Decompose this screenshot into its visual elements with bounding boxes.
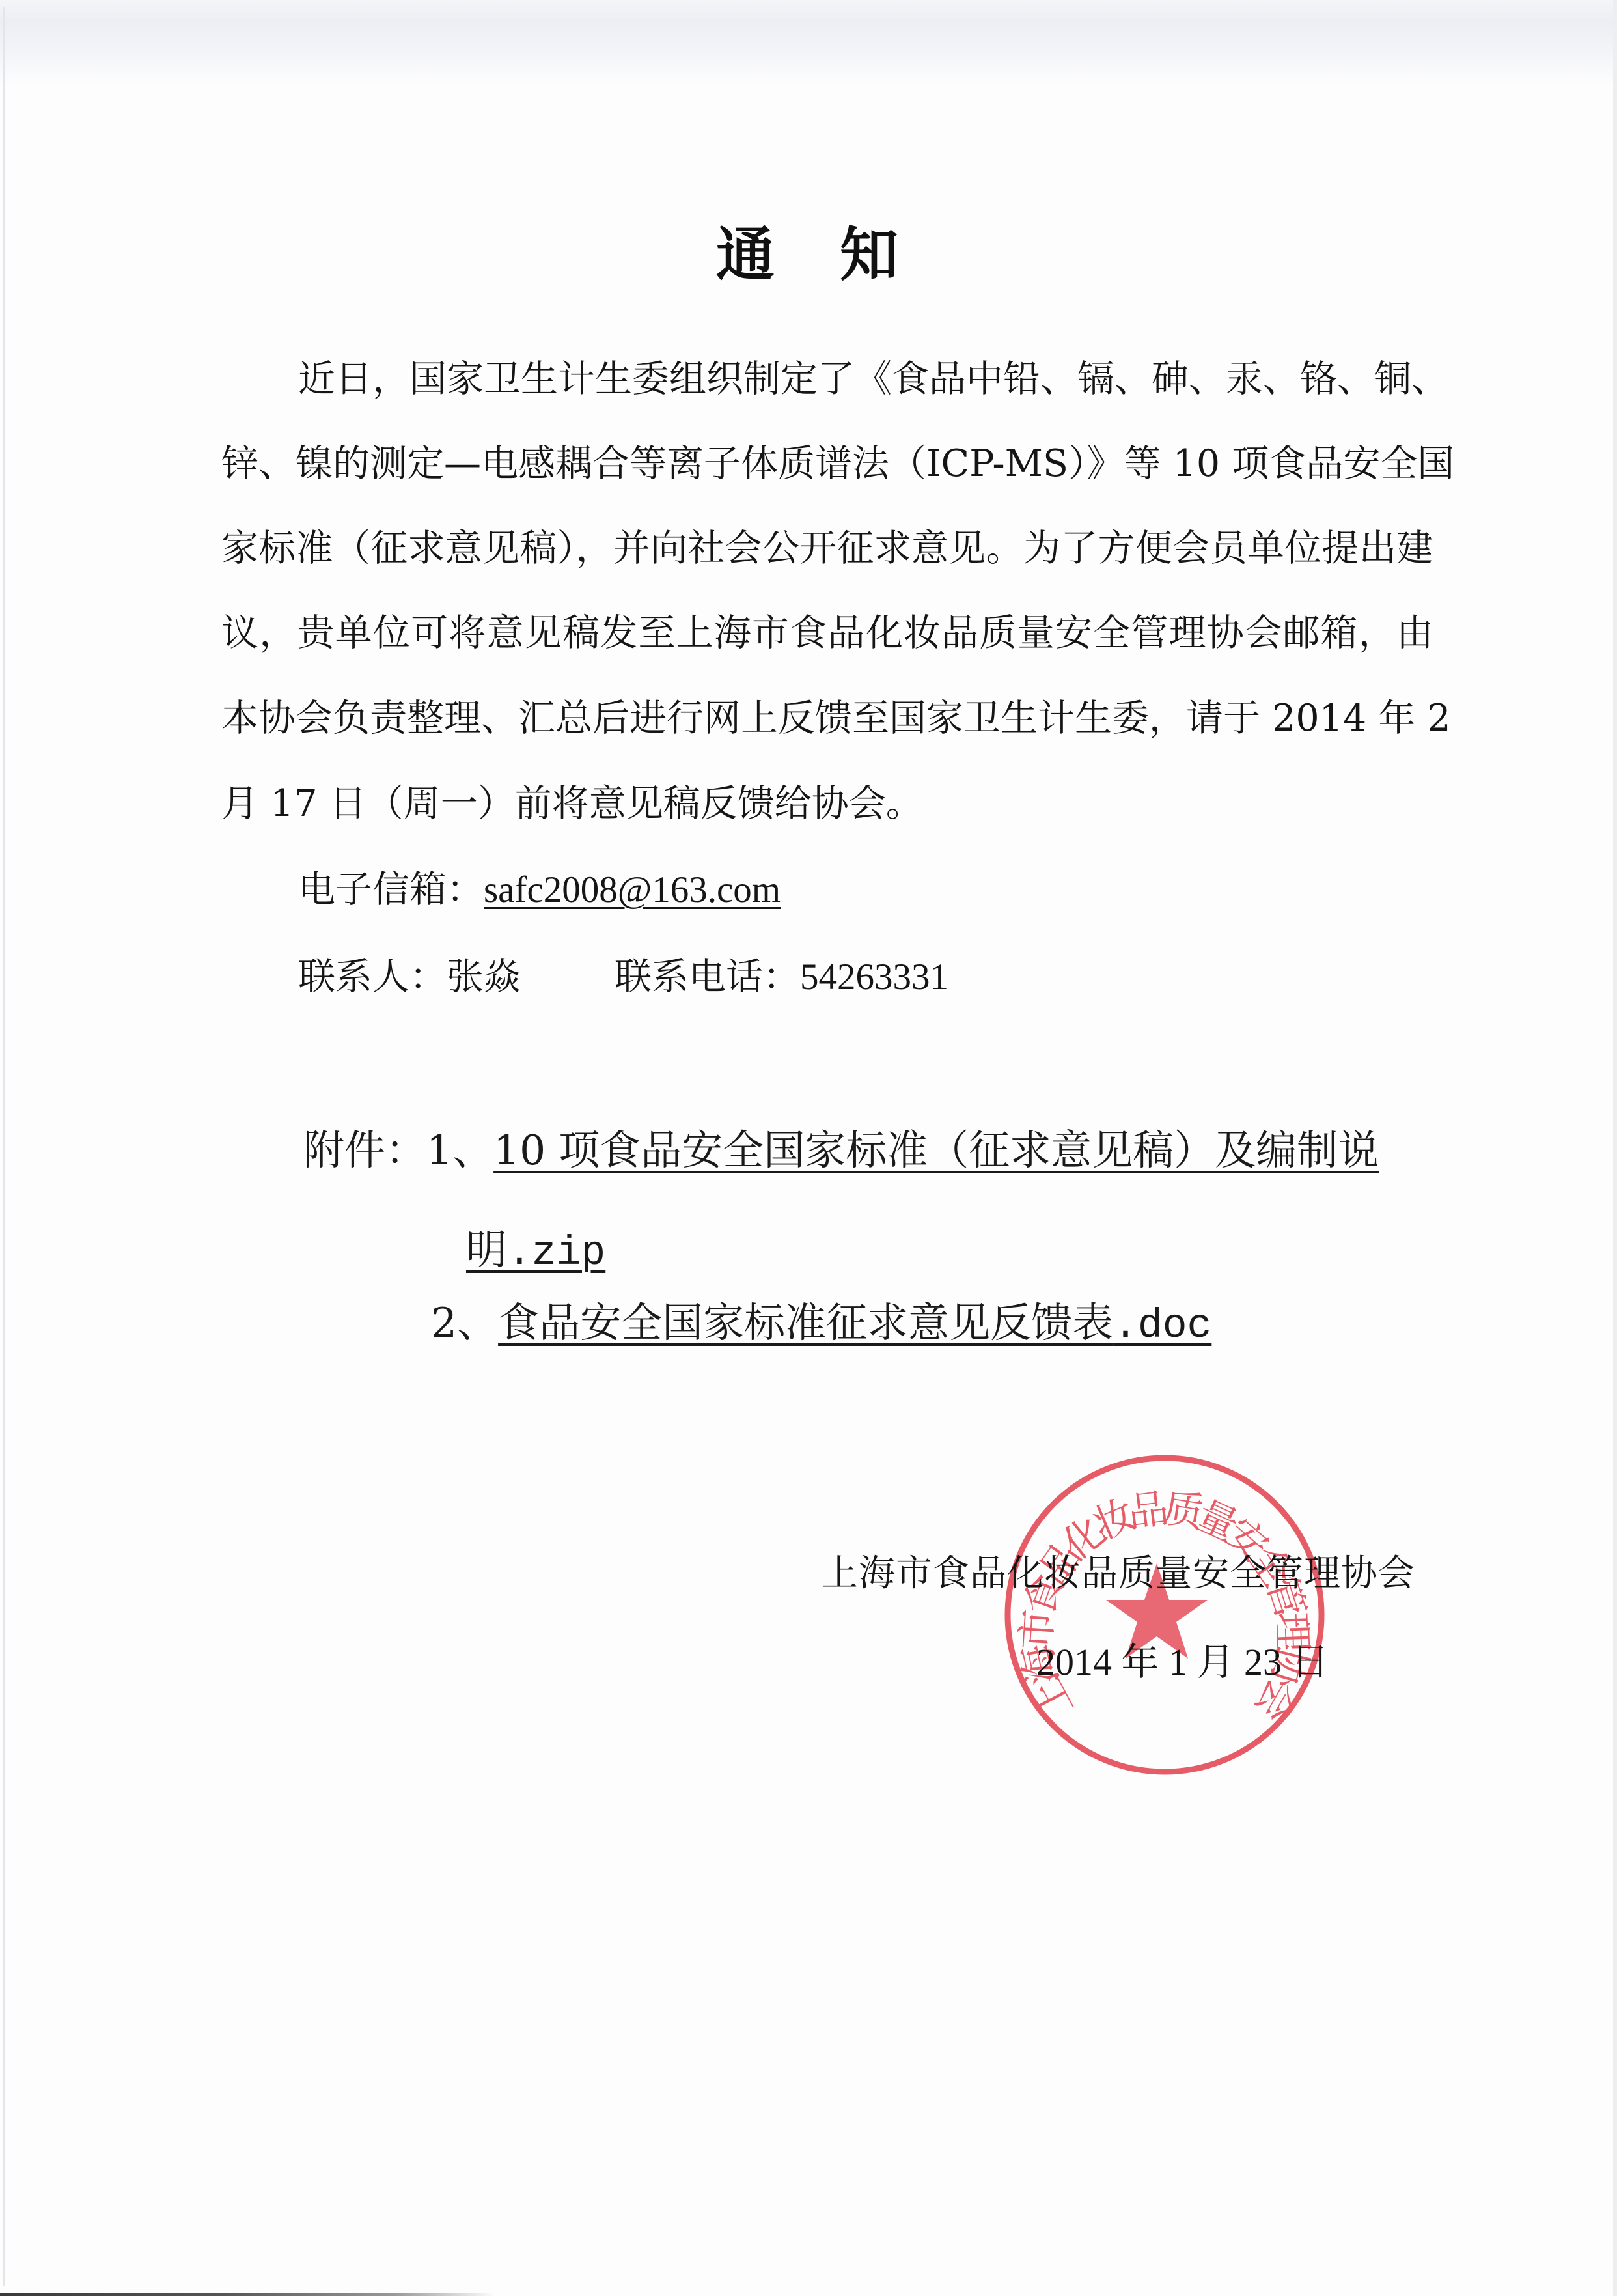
contact-phone-row: 联系电话：54263331 — [615, 957, 948, 997]
official-seal: 上海市食品化妆品质量安全管理协会 — [1004, 1454, 1325, 1776]
signature-organization: 上海市食品化妆品质量安全管理协会 — [822, 1554, 1415, 1593]
contact-person-row: 联系人：张焱 — [298, 957, 521, 996]
scan-edge-right — [1613, 0, 1617, 2296]
scan-edge-bottom — [0, 2293, 495, 2296]
attachment-file-ext: .zip — [507, 1230, 605, 1276]
body-line: 月 17 日（周一）前将意见稿反馈给协会。 — [221, 784, 923, 823]
email-link[interactable]: safc2008@163.com — [484, 869, 781, 910]
contact-phone-number: 54263331 — [800, 957, 948, 998]
attachment-number: 1、 — [426, 1127, 493, 1174]
body-line: 家标准（征求意见稿），并向社会公开征求意见。为了方便会员单位提出建 — [221, 529, 1433, 568]
contact-person-name: 张焱 — [447, 955, 521, 998]
attachment-link-1[interactable]: 10 项食品安全国家标准（征求意见稿）及编制说 — [493, 1127, 1379, 1174]
title-char: 知 — [840, 219, 898, 290]
scan-shadow-top — [0, 0, 1617, 85]
attachment-file-ext: .doc — [1113, 1303, 1211, 1349]
signature-date: 2014 年 1 月 23 日 — [1036, 1643, 1329, 1682]
body-line: 议，贵单位可将意见稿发至上海市食品化妆品质量安全管理协会邮箱，由 — [221, 613, 1433, 652]
attachment-item-1: 附件：1、10 项食品安全国家标准（征求意见稿）及编制说 — [303, 1127, 1379, 1174]
attachments-label: 附件： — [303, 1127, 426, 1174]
attachment-item-2: 2、食品安全国家标准征求意见反馈表.doc — [431, 1300, 1211, 1350]
attachment-link-2[interactable]: 食品安全国家标准征求意见反馈表.doc — [498, 1299, 1211, 1347]
attachment-link-text: 明 — [466, 1226, 507, 1274]
contact-phone-label: 联系电话： — [615, 955, 800, 998]
scan-edge-left — [3, 7, 5, 2286]
attachment-number: 2、 — [431, 1299, 498, 1347]
attachment-link-text: 食品安全国家标准征求意见反馈表 — [498, 1299, 1113, 1347]
attachment-link-1-cont[interactable]: 明.zip — [466, 1226, 605, 1274]
body-line: 近日，国家卫生计生委组织制定了《食品中铅、镉、砷、汞、铬、铜、 — [298, 359, 1433, 399]
title-char: 通 — [716, 219, 775, 290]
contact-person-label: 联系人： — [298, 955, 447, 998]
body-line: 本协会负责整理、汇总后进行网上反馈至国家卫生计生委，请于 2014 年 2 — [221, 699, 1433, 738]
email-label: 电子信箱： — [298, 868, 484, 911]
page-title: 通 知 — [716, 219, 898, 290]
email-row: 电子信箱：safc2008@163.com — [298, 870, 781, 910]
body-line: 锌、镍的测定—电感耦合等离子体质谱法（ICP-MS）》等 10 项食品安全国 — [221, 444, 1433, 483]
attachment-item-1-cont: 明.zip — [466, 1227, 605, 1277]
